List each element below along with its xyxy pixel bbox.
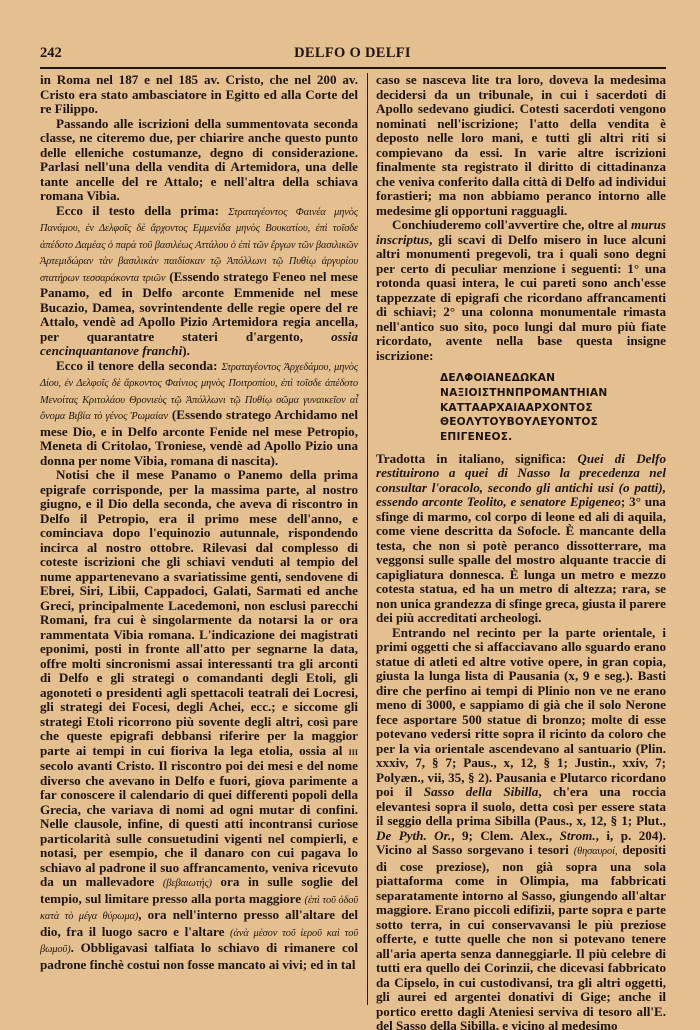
- paragraph: Tradotta in italiano, significa: Quei di…: [376, 452, 666, 626]
- text: ; 3° una sfinge di marmo, col corpo di l…: [376, 494, 666, 625]
- text: Conchiuderemo coll'avvertire che, oltre …: [392, 217, 631, 232]
- text: . Obbligavasi talfiata lo schiavo di rim…: [40, 940, 358, 972]
- paragraph: Ecco il testo della prima: Στραταγέοντος…: [40, 204, 358, 359]
- paragraph: Entrando nel recinto per la parte orient…: [376, 626, 666, 1030]
- running-title: DELFO O DELFI: [40, 45, 665, 62]
- text: Notisi che il mese Panamo o Panemo della…: [40, 467, 358, 758]
- roman-numeral: iii: [349, 746, 358, 758]
- text: Entrando nel recinto per la parte orient…: [376, 625, 666, 800]
- running-head: 242 DELFO O DELFI: [40, 45, 665, 65]
- text: , gli scavi di Delfo misero in luce alcu…: [376, 232, 666, 363]
- italic-text: Strom.: [560, 828, 596, 843]
- text: depositi di cose preziose), non già sopr…: [376, 842, 666, 1030]
- book-page: 242 DELFO O DELFI in Roma nel 187 e nel …: [0, 0, 700, 1030]
- inscription-line: ΘΕΟΛΥΤΟΥΒΟΥΛΕΥΟΝΤΟΣ: [440, 415, 666, 430]
- text: , 9; Clem. Alex.,: [451, 828, 559, 843]
- italic-text: De Pyth. Or.: [376, 828, 451, 843]
- inscription-line: ΚΑΤΤΑΑΡΧΑΙΑΑΡΧΟΝΤΟΣ: [440, 401, 666, 416]
- text: Tradotta in italiano, significa:: [376, 451, 577, 466]
- paragraph: Ecco il tenore della seconda: Στραταγέον…: [40, 359, 358, 469]
- italic-text: Sasso della Sibilla: [424, 784, 539, 799]
- inscription-line: ΔΕΛΦΟΙΑΝΕΔΩΚΑΝ: [440, 371, 666, 386]
- greek-term: (βεβαιωτής): [163, 878, 212, 889]
- paragraph: Conchiuderemo coll'avvertire che, oltre …: [376, 218, 666, 363]
- paragraph: Notisi che il mese Panamo o Panemo della…: [40, 468, 358, 972]
- right-column: caso se nasceva lite tra loro, doveva la…: [376, 73, 666, 1030]
- text: secolo avanti Cristo. Il riscontro poi d…: [40, 758, 358, 889]
- text: Ecco il tenore della seconda:: [56, 358, 222, 373]
- inscription-line: ΝΑΞΙΟΙΣΤΗΝΠΡΟΜΑΝΤΗΙΑΝ: [440, 386, 666, 401]
- greek-term: (θησαυροί,: [574, 846, 618, 857]
- paragraph: in Roma nel 187 e nel 185 av. Cristo, ch…: [40, 73, 358, 117]
- text: Ecco il testo della prima:: [56, 203, 228, 218]
- column-divider: [367, 73, 368, 1005]
- text: ).: [182, 343, 190, 358]
- header-rule: [40, 67, 666, 69]
- paragraph: Passando alle iscrizioni della summentov…: [40, 117, 358, 204]
- inscription-line: ΕΠΙΓΕΝΕΟΣ.: [440, 430, 666, 445]
- left-column: in Roma nel 187 e nel 185 av. Cristo, ch…: [40, 73, 358, 972]
- paragraph: caso se nasceva lite tra loro, doveva la…: [376, 73, 666, 218]
- greek-inscription: ΔΕΛΦΟΙΑΝΕΔΩΚΑΝ ΝΑΞΙΟΙΣΤΗΝΠΡΟΜΑΝΤΗΙΑΝ ΚΑΤ…: [440, 371, 666, 445]
